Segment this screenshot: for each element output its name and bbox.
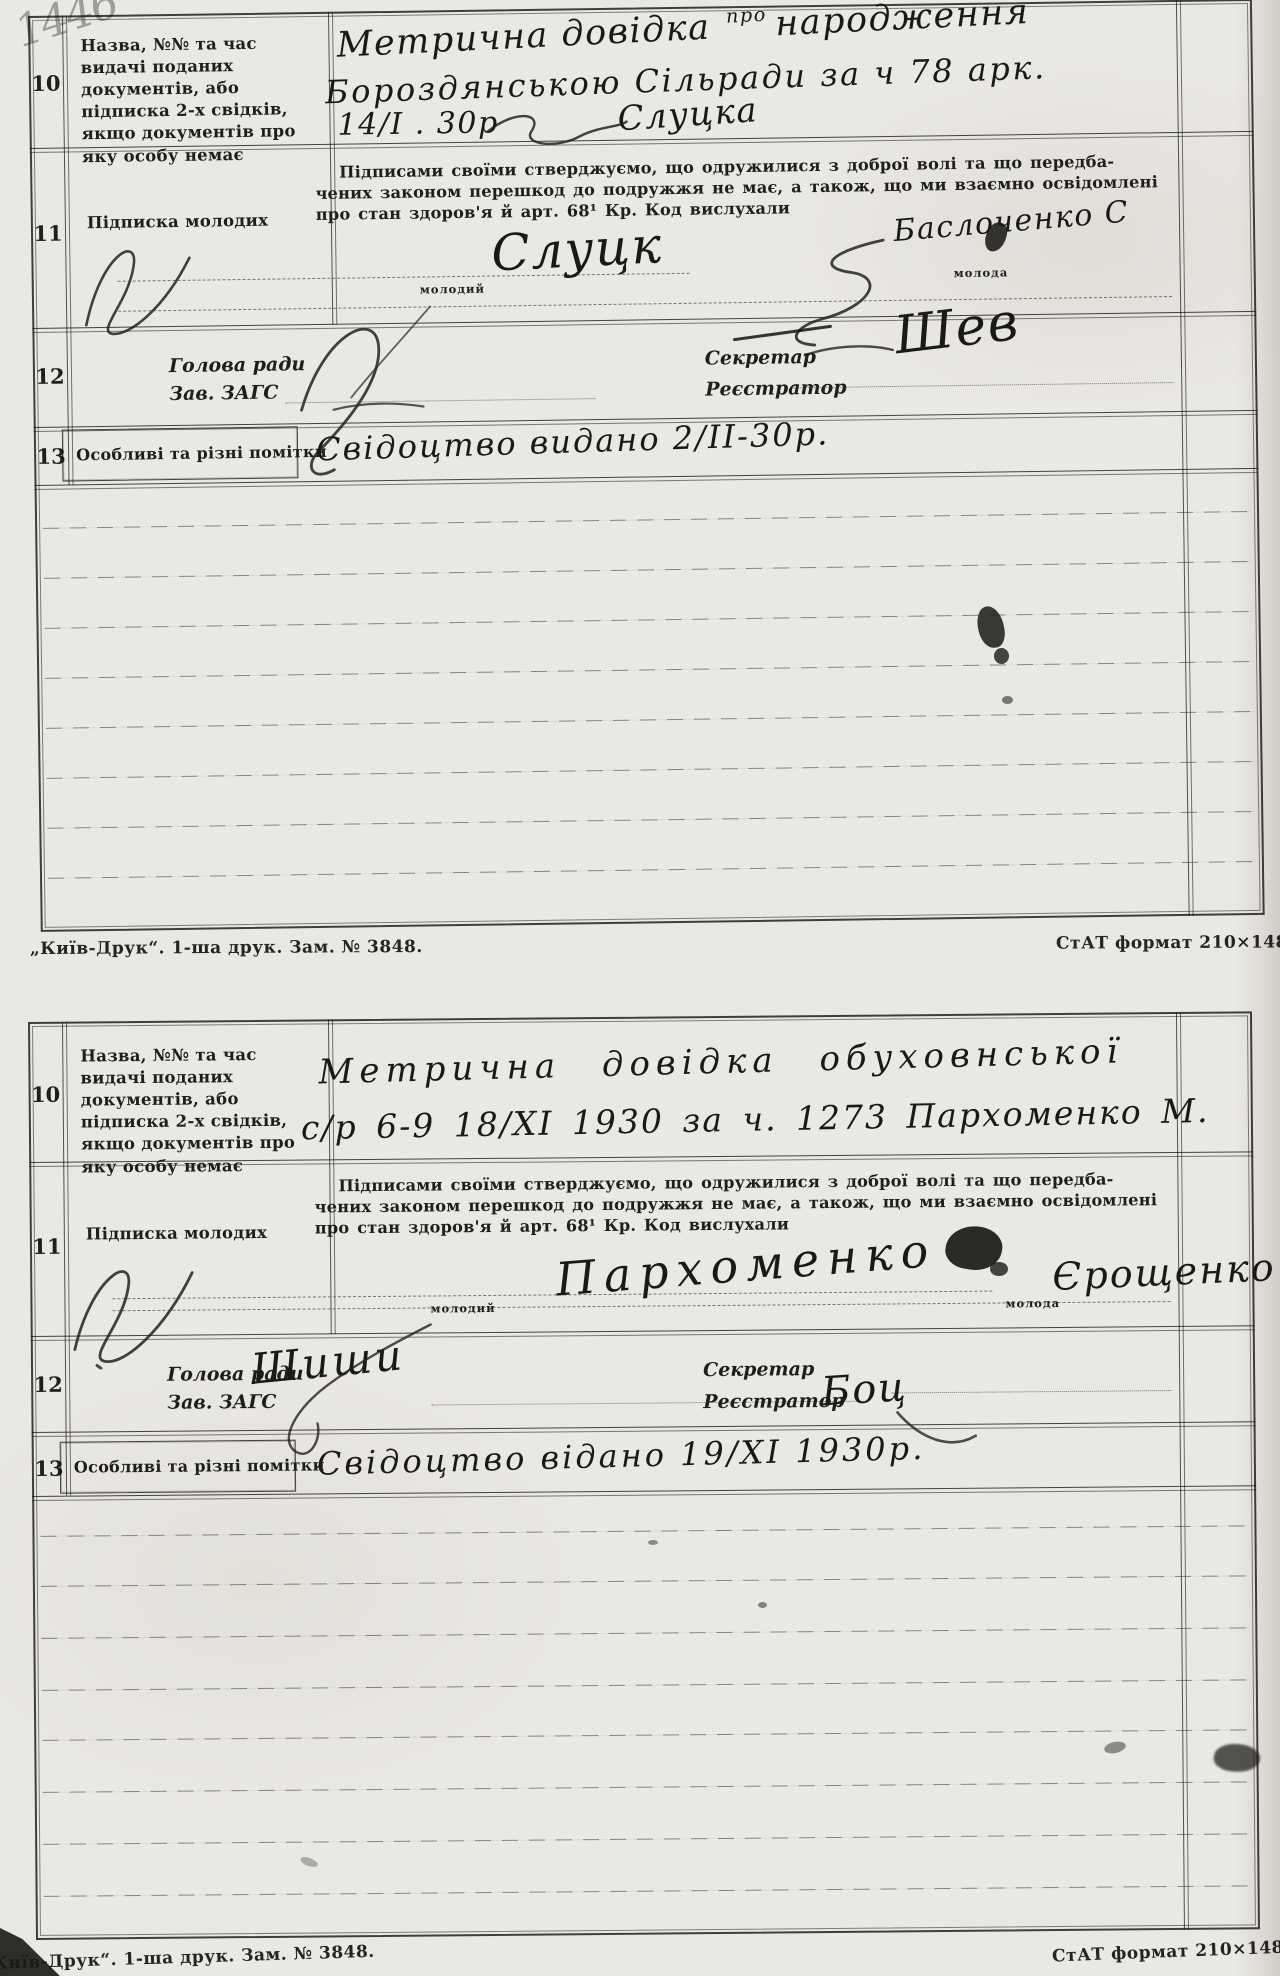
row-number-11: 11 [33, 221, 63, 246]
row-separator [32, 311, 1256, 333]
secretary-title-line1: Секретар [703, 1358, 814, 1381]
speck [648, 1540, 658, 1545]
bride-caption: молода [1005, 1296, 1060, 1310]
ruled-line [41, 1627, 1249, 1639]
ink-stain [994, 648, 1009, 664]
print-footer-left-1: „Київ-Друк“. 1-ша друк. Зам. № 3848. [30, 937, 423, 959]
row-number-10: 10 [31, 71, 61, 96]
row-number-10: 10 [31, 1082, 61, 1107]
marriage-form-1: 10 Назва, №№ та час видачі поданих докум… [28, 0, 1265, 932]
secretary-signature: Шев [891, 292, 1022, 366]
secretary-title-line1: Секретар [705, 346, 816, 370]
secretary-title-line2: Реєстратор [705, 377, 847, 401]
chair-title-line2: Зав. ЗАГС [167, 1391, 276, 1414]
documents-text: Метрична довідка [336, 8, 712, 66]
print-footer-left-2: „Київ-Друк“. 1-ша друк. Зам. № 3848. [0, 1942, 375, 1974]
groom-signature-line [112, 1291, 992, 1300]
row-number-12: 12 [33, 1372, 63, 1397]
right-inner-line [1176, 1012, 1189, 1930]
ruled-line [46, 711, 1254, 729]
ruled-line [43, 1781, 1251, 1793]
row13-label: Особливі та різні помітки [76, 441, 327, 466]
ruled-line [41, 1575, 1249, 1587]
chair-title-line2: Зав. ЗАГС [169, 382, 278, 406]
groom-caption: молодий [430, 1301, 495, 1316]
handwriting-flourish [481, 104, 632, 154]
bride-signature: Єрощенко [1051, 1245, 1276, 1299]
print-footer-right-2: СтАТ формат 210×148. [1052, 1937, 1280, 1966]
ruled-line [43, 1833, 1251, 1845]
documents-handwriting-line1: Метрична довідка обуховнської [318, 1031, 1124, 1092]
ruled-line [45, 611, 1253, 629]
right-inner-line [1176, 0, 1194, 916]
ruled-line [40, 1525, 1248, 1537]
row-number-12: 12 [35, 364, 65, 389]
documents-handwriting-line2: с/р 6-9 18/ХІ 1930 за ч. 1273 Пархоменко… [301, 1091, 1210, 1147]
documents-handwriting-line3: 14/І . 30р [337, 105, 499, 142]
documents-text: народження [774, 0, 1030, 44]
ruled-line [45, 661, 1253, 679]
speck [758, 1602, 767, 1608]
scanned-page: 1446 10 Назва, №№ та час видачі поданих … [0, 0, 1280, 1976]
ruled-line [42, 1729, 1250, 1741]
secretary-signature-line [891, 1390, 1171, 1393]
row-separator [32, 1421, 1256, 1437]
ruled-line [42, 1679, 1250, 1691]
secretary-signature-line [793, 382, 1173, 388]
ruled-line [47, 811, 1255, 829]
ruled-line [44, 1885, 1252, 1897]
groom-signature-flourish [67, 232, 198, 339]
row10-label: Назва, №№ та час видачі поданих документ… [80, 1043, 323, 1178]
bride-caption: молода [954, 265, 1009, 280]
row10-label: Назва, №№ та час видачі поданих документ… [80, 32, 324, 168]
marriage-form-2: 10 Назва, №№ та час видачі поданих докум… [28, 1011, 1260, 1940]
documents-clerk-signature: Слуцка [616, 90, 759, 139]
groom-caption: молодий [420, 282, 485, 297]
row11-label: Підписка молодих [86, 1222, 268, 1246]
ruled-line [44, 561, 1252, 579]
row13-label: Особливі та різні помітки [74, 1454, 325, 1478]
ruled-line [48, 861, 1256, 879]
agreement-paragraph: Підписами своїми стверджуємо, що одружил… [314, 1168, 1157, 1238]
row-number-11: 11 [32, 1234, 62, 1259]
documents-insertion: про [725, 3, 767, 28]
groom-signature: Слуцк [490, 216, 664, 282]
groom-signature-tail [773, 232, 905, 364]
row11-label: Підписка молодих [87, 210, 269, 235]
print-footer-right-1: СтАТ формат 210×148. [1056, 932, 1280, 953]
row-separator [31, 1325, 1255, 1341]
ink-stain [990, 1262, 1008, 1276]
ruled-line [43, 511, 1251, 529]
ruled-line [47, 761, 1255, 779]
ink-stain [1002, 696, 1013, 704]
